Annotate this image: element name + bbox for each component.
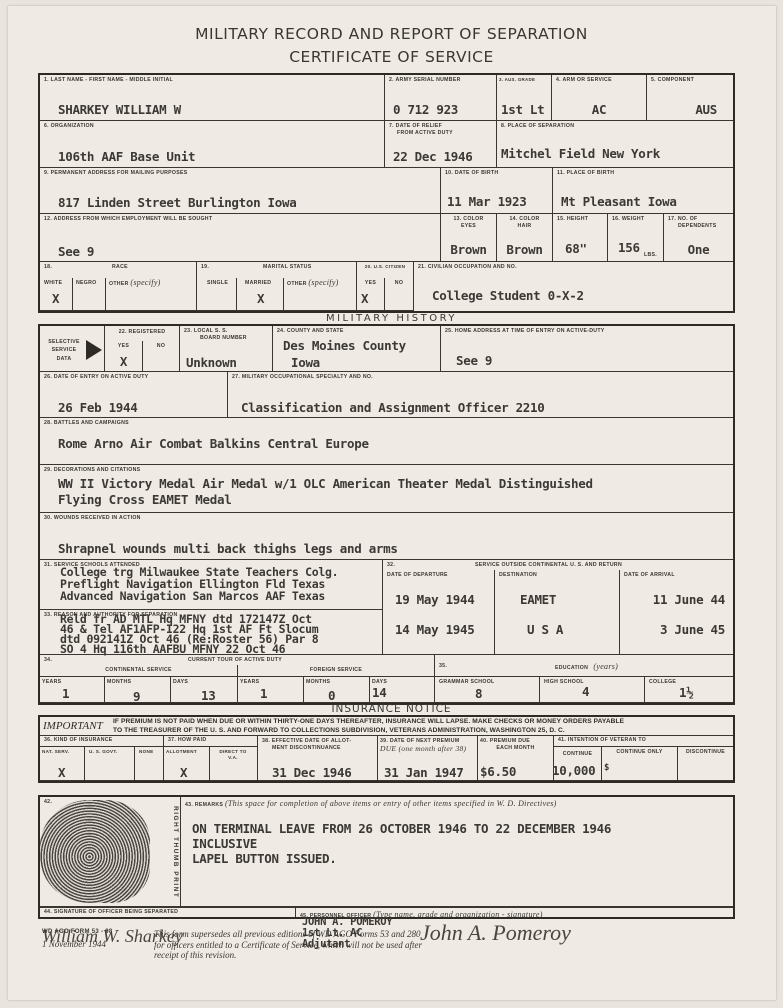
field-label: 32. xyxy=(387,562,395,569)
field-separation-place: 8. PLACE OF SEPARATION Mitchel Field New… xyxy=(497,121,733,168)
field-component: 5. COMPONENT AUS xyxy=(647,75,733,121)
separation-place-value: Mitchel Field New York xyxy=(501,146,660,161)
foreign-days-value: 14 xyxy=(372,685,386,700)
field-label: 40. PREMIUM DUE xyxy=(480,738,530,745)
field-wounds: 30. WOUNDS RECEIVED IN ACTION Shrapnel w… xyxy=(40,513,733,560)
eye-color-value: Brown xyxy=(441,242,496,257)
grammar-value: 8 xyxy=(475,686,482,701)
field-label: MONTHS xyxy=(107,679,131,686)
destination-2: U S A xyxy=(527,622,563,637)
field-label: CONTINUE ONLY xyxy=(602,749,677,756)
field-label: SERVICE OUTSIDE CONTINENTAL U. S. AND RE… xyxy=(475,562,622,569)
insurance-notice-line1: IF PREMIUM IS NOT PAID WHEN DUE OR WITHI… xyxy=(113,718,624,725)
field-label: NO xyxy=(385,280,413,287)
field-intention: 41. INTENTION OF VETERAN TO xyxy=(554,735,733,747)
height-value: 68" xyxy=(565,241,587,256)
next-premium-value: 31 Jan 1947 xyxy=(384,765,463,780)
thumbprint-image xyxy=(40,800,150,903)
continental-service-header: CONTINENTAL SERVICE xyxy=(40,665,238,677)
race-other-cell[interactable]: OTHER (specify) xyxy=(106,278,197,311)
nat-serv-check: X xyxy=(58,765,65,780)
continental-months-value: 9 xyxy=(133,689,140,704)
registered-yes-cell[interactable]: YES X xyxy=(105,341,143,372)
field-label: 18. xyxy=(44,264,52,271)
field-label: MARITAL STATUS xyxy=(263,264,311,271)
specialty-value: Classification and Assignment Officer 22… xyxy=(241,400,544,415)
field-label: NAT. SERV. xyxy=(42,749,69,755)
citizen-no-cell[interactable]: NO xyxy=(385,278,414,311)
officer-signature-area xyxy=(40,907,296,917)
departure-1: 19 May 1944 xyxy=(395,592,474,607)
field-eye-color: 13. COLOR EYES Brown xyxy=(441,214,497,262)
decorations-line2: Flying Cross EAMET Medal xyxy=(58,492,231,507)
field-label: 37. HOW PAID xyxy=(168,737,206,744)
field-battles: 28. BATTLES AND CAMPAIGNS Rome Arno Air … xyxy=(40,418,733,465)
foreign-days: DAYS 14 xyxy=(370,677,435,703)
field-label: U. S. GOVT. xyxy=(89,749,118,755)
field-label: 24. COUNTY AND STATE xyxy=(277,328,344,335)
important-label: IMPORTANT xyxy=(43,720,103,732)
form-date: 1 November 1944 xyxy=(42,939,106,949)
field-label: MARRIED xyxy=(245,280,271,287)
personnel-officer-signature: John A. Pomeroy xyxy=(420,920,571,946)
field-remarks: 43. REMARKS (This space for completion o… xyxy=(181,797,733,907)
field-grade: 3. AUS. GRADE 1st Lt xyxy=(497,75,552,121)
college-value: 1½ xyxy=(679,685,693,700)
field-label: 34. xyxy=(44,657,52,664)
field-label: 20. U.S. CITIZEN xyxy=(357,264,413,270)
field-label: 1. LAST NAME - FIRST NAME - MIDDLE INITI… xyxy=(44,77,173,84)
field-permanent-address: 9. PERMANENT ADDRESS FOR MAILING PURPOSE… xyxy=(40,168,441,214)
name-value: SHARKEY WILLIAM W xyxy=(58,102,181,117)
field-specialty: 27. MILITARY OCCUPATIONAL SPECIALTY AND … xyxy=(228,372,733,418)
field-label: HAIR xyxy=(497,223,552,230)
field-label: 25. HOME ADDRESS AT TIME OF ENTRY ON ACT… xyxy=(445,328,605,335)
field-height: 15. HEIGHT 68" xyxy=(553,214,608,262)
field-premium-due: 40. PREMIUM DUE EACH MONTH $6.50 xyxy=(478,735,554,781)
insurance-none[interactable]: NONE xyxy=(135,747,164,781)
field-insurance-kind: 36. KIND OF INSURANCE xyxy=(40,735,164,747)
field-label: 22. REGISTERED xyxy=(105,329,179,336)
home-address-entry-value: See 9 xyxy=(456,353,492,368)
field-label: EACH MONTH xyxy=(478,745,553,752)
intention-continue-only[interactable]: CONTINUE ONLY $ xyxy=(602,747,678,781)
document-subtitle: CERTIFICATE OF SERVICE xyxy=(0,48,783,66)
continue-value: 10,000 xyxy=(552,763,595,778)
field-label: 10. DATE OF BIRTH xyxy=(445,170,498,177)
field-label: BOARD NUMBER xyxy=(200,335,247,342)
continue-only-value: $ xyxy=(604,763,609,773)
field-label: 15. HEIGHT xyxy=(557,216,588,223)
field-education: 35. EDUCATION (years) xyxy=(435,655,733,677)
foreign-years: YEARS 1 xyxy=(238,677,304,703)
field-dependents: 17. NO. OF DEPENDENTS One xyxy=(664,214,733,262)
field-label: YEARS xyxy=(42,679,61,686)
continental-years-value: 1 xyxy=(62,686,69,701)
marital-other-cell[interactable]: OTHER (specify) xyxy=(284,278,357,311)
field-home-address-entry: 25. HOME ADDRESS AT TIME OF ENTRY ON ACT… xyxy=(441,326,733,372)
marital-married-check: X xyxy=(257,291,264,306)
field-label: DATE OF ARRIVAL xyxy=(624,572,675,579)
departure-2: 14 May 1945 xyxy=(395,622,474,637)
paid-direct-va[interactable]: DIRECT TO V.A. xyxy=(210,747,258,781)
field-label: OTHER (specify) xyxy=(287,278,339,288)
field-label: 14. COLOR xyxy=(497,216,552,223)
field-label: 12. ADDRESS FROM WHICH EMPLOYMENT WILL B… xyxy=(44,216,212,223)
field-label: 43. REMARKS (This space for completion o… xyxy=(185,799,557,809)
field-label: 30. WOUNDS RECEIVED IN ACTION xyxy=(44,515,141,522)
field-how-paid: 37. HOW PAID xyxy=(164,735,258,747)
field-label: 41. INTENTION OF VETERAN TO xyxy=(558,737,646,744)
civilian-occupation-value: College Student 0-X-2 xyxy=(432,288,584,303)
intention-continue[interactable]: CONTINUE 10,000 xyxy=(554,747,602,781)
continental-months: MONTHS 9 xyxy=(105,677,171,703)
field-label: 28. BATTLES AND CAMPAIGNS xyxy=(44,420,129,427)
race-negro-cell[interactable]: NEGRO xyxy=(73,278,106,311)
registered-yes-check: X xyxy=(105,354,142,369)
serial-value: 0 712 923 xyxy=(393,102,458,117)
component-value: AUS xyxy=(695,102,717,117)
field-label: 5. COMPONENT xyxy=(651,77,694,84)
overseas-departure-col: DATE OF DEPARTURE 19 May 1944 14 May 194… xyxy=(383,570,495,655)
foreign-years-value: 1 xyxy=(260,686,267,701)
paid-allotment[interactable]: ALLOTMENT X xyxy=(164,747,210,781)
field-label: 19. xyxy=(201,264,209,271)
arrow-right-icon xyxy=(86,340,102,360)
arm-value: AC xyxy=(552,102,646,117)
field-entry-date: 26. DATE OF ENTRY ON ACTIVE DUTY 26 Feb … xyxy=(40,372,228,418)
remarks-value: ON TERMINAL LEAVE FROM 26 OCTOBER 1946 T… xyxy=(192,821,611,866)
field-next-premium: 39. DATE OF NEXT PREMIUM DUE (one month … xyxy=(378,735,478,781)
field-label: 35. xyxy=(439,663,447,670)
citizen-yes-cell[interactable]: YES X xyxy=(357,278,385,311)
high-school-value: 4 xyxy=(582,684,589,699)
field-serial: 2. ARMY SERIAL NUMBER 0 712 923 xyxy=(385,75,497,121)
birth-place-value: Mt Pleasant Iowa xyxy=(561,194,677,209)
intention-discontinue[interactable]: DISCONTINUE xyxy=(678,747,733,781)
marital-single-cell[interactable]: SINGLE xyxy=(197,278,237,311)
field-label: CONTINENTAL SERVICE xyxy=(40,667,237,674)
field-name: 1. LAST NAME - FIRST NAME - MIDDLE INITI… xyxy=(40,75,385,121)
field-label: 17. NO. OF xyxy=(668,216,698,223)
field-label: OTHER (specify) xyxy=(109,278,161,288)
field-label: EYES xyxy=(441,223,496,230)
field-label: RACE xyxy=(112,264,128,271)
overseas-destination-col: DESTINATION EAMET U S A xyxy=(495,570,620,655)
overseas-arrival-col: DATE OF ARRIVAL 11 June 44 3 June 45 xyxy=(620,570,733,655)
education-college: COLLEGE 1½ xyxy=(645,677,733,703)
continental-years: YEARS 1 xyxy=(40,677,105,703)
field-label: CURRENT TOUR OF ACTIVE DUTY xyxy=(188,657,282,664)
field-label: DAYS xyxy=(173,679,188,686)
destination-1: EAMET xyxy=(520,592,556,607)
field-label: DIRECT TO V.A. xyxy=(214,749,252,760)
decorations-line1: WW II Victory Medal Air Medal w/1 OLC Am… xyxy=(58,476,593,491)
field-label: DUE (one month after 38) xyxy=(380,744,466,754)
foreign-service-header: FOREIGN SERVICE xyxy=(238,665,435,677)
supersedes-note: This form supersedes all previous editio… xyxy=(154,929,424,961)
field-label: 29. DECORATIONS AND CITATIONS xyxy=(44,467,140,474)
employment-address-value: See 9 xyxy=(58,244,94,259)
field-allotment-discontinuance: 38. EFFECTIVE DATE OF ALLOT- MENT DISCON… xyxy=(258,735,378,781)
premium-due-value: $6.50 xyxy=(480,764,516,779)
insurance-us-govt[interactable]: U. S. GOVT. xyxy=(85,747,135,781)
field-birth-date: 10. DATE OF BIRTH 11 Mar 1923 xyxy=(441,168,553,214)
arrival-1: 11 June 44 xyxy=(653,592,725,607)
field-county-state: 24. COUNTY AND STATE Des Moines County I… xyxy=(273,326,441,372)
form-id: WD AGO FORM 53 - 98 xyxy=(42,929,112,935)
field-birth-place: 11. PLACE OF BIRTH Mt Pleasant Iowa xyxy=(553,168,733,214)
field-label: YEARS xyxy=(240,679,259,686)
field-label: GRAMMAR SCHOOL xyxy=(439,679,495,686)
education-high: HIGH SCHOOL 4 xyxy=(540,677,645,703)
birth-date-value: 11 Mar 1923 xyxy=(447,194,526,209)
continental-days: DAYS 13 xyxy=(171,677,238,703)
field-employment-address: 12. ADDRESS FROM WHICH EMPLOYMENT WILL B… xyxy=(40,214,441,262)
right-thumb-print-label: RIGHT THUMB PRINT xyxy=(165,800,179,905)
permanent-address-value: 817 Linden Street Burlington Iowa xyxy=(58,195,296,210)
insurance-notice-line2: TO THE TREASURER OF THE U. S. AND FORWAR… xyxy=(113,727,565,734)
field-label: WHITE xyxy=(44,280,62,287)
education-grammar: GRAMMAR SCHOOL 8 xyxy=(435,677,540,703)
field-schools: 31. SERVICE SCHOOLS ATTENDED College trg… xyxy=(40,560,383,610)
field-weight: 16. WEIGHT 156 LBS. xyxy=(608,214,664,262)
grade-value: 1st Lt xyxy=(501,102,544,117)
field-arm: 4. ARM OR SERVICE AC xyxy=(552,75,647,121)
state-value: Iowa xyxy=(291,355,320,370)
race-white-cell[interactable]: WHITE X xyxy=(40,278,73,311)
field-board-number: 23. LOCAL S. S. BOARD NUMBER Unknown xyxy=(180,326,273,372)
field-label: 6. ORGANIZATION xyxy=(44,123,94,130)
dependents-value: One xyxy=(664,242,733,257)
field-label: 8. PLACE OF SEPARATION xyxy=(501,123,574,130)
entry-date-value: 26 Feb 1944 xyxy=(58,400,137,415)
field-label: 13. COLOR xyxy=(441,216,496,223)
weight-unit: LBS. xyxy=(644,252,657,259)
field-label: DATE OF DEPARTURE xyxy=(387,572,448,579)
field-label: 27. MILITARY OCCUPATIONAL SPECIALTY AND … xyxy=(232,374,373,381)
county-value: Des Moines County xyxy=(283,338,406,353)
document-title: MILITARY RECORD AND REPORT OF SEPARATION xyxy=(0,25,783,43)
field-label: NO xyxy=(143,343,179,350)
race-white-check: X xyxy=(52,291,59,306)
field-label: NONE xyxy=(139,749,153,755)
field-label: 9. PERMANENT ADDRESS FOR MAILING PURPOSE… xyxy=(44,170,188,177)
field-label: MONTHS xyxy=(306,679,330,686)
field-label: HIGH SCHOOL xyxy=(544,679,584,686)
field-label: COLLEGE xyxy=(649,679,676,686)
field-hair-color: 14. COLOR HAIR Brown xyxy=(497,214,553,262)
field-label: 23. LOCAL S. S. xyxy=(184,328,228,335)
field-label: DESTINATION xyxy=(499,572,537,579)
field-label: 21. CIVILIAN OCCUPATION AND NO. xyxy=(418,264,517,271)
field-label: 3. AUS. GRADE xyxy=(499,77,535,83)
field-label: SELECTIVE SERVICE DATA xyxy=(44,338,84,363)
battles-value: Rome Arno Air Combat Balkins Central Eur… xyxy=(58,436,369,451)
field-label: 26. DATE OF ENTRY ON ACTIVE DUTY xyxy=(44,374,148,381)
field-label: 38. EFFECTIVE DATE OF ALLOT- xyxy=(262,738,351,745)
weight-value: 156 xyxy=(618,240,640,255)
insurance-notice-heading: INSURANCE NOTICE xyxy=(0,703,783,715)
field-decorations: 29. DECORATIONS AND CITATIONS WW II Vict… xyxy=(40,465,733,513)
continental-days-value: 13 xyxy=(201,688,215,703)
foreign-months-value: 0 xyxy=(328,688,335,703)
board-number-value: Unknown xyxy=(186,355,237,370)
field-label: FROM ACTIVE DUTY xyxy=(397,130,453,137)
field-label: NEGRO xyxy=(76,280,97,287)
relief-date-value: 22 Dec 1946 xyxy=(393,149,472,164)
military-history-heading: MILITARY HISTORY xyxy=(0,313,783,324)
schools-value: College trg Milwaukee State Teachers Col… xyxy=(60,566,338,602)
wounds-value: Shrapnel wounds multi back thighs legs a… xyxy=(58,541,398,556)
field-separation-reason: 33. REASON AND AUTHORITY FOR SEPARATION … xyxy=(40,610,383,655)
field-label: SINGLE xyxy=(207,280,228,287)
field-label: CONTINUE xyxy=(554,751,601,758)
marital-married-cell[interactable]: MARRIED X xyxy=(237,278,284,311)
field-label: ALLOTMENT xyxy=(166,749,197,755)
field-label: YES xyxy=(105,343,142,350)
field-label: 7. DATE OF RELIEF xyxy=(389,123,442,130)
field-label: 4. ARM OR SERVICE xyxy=(556,77,612,84)
organization-value: 106th AAF Base Unit xyxy=(58,149,195,164)
insurance-nat-serv[interactable]: NAT. SERV. X xyxy=(40,747,85,781)
field-label: FOREIGN SERVICE xyxy=(238,667,434,674)
field-label: 2. ARMY SERIAL NUMBER xyxy=(389,77,461,84)
field-label: DISCONTINUE xyxy=(678,749,733,756)
registered-no-cell[interactable]: NO xyxy=(143,341,180,372)
hair-color-value: Brown xyxy=(497,242,552,257)
field-civilian-occupation: 21. CIVILIAN OCCUPATION AND NO. College … xyxy=(414,262,733,311)
allotment-check: X xyxy=(180,765,187,780)
field-label: MENT DISCONTINUANCE xyxy=(272,745,341,752)
field-label: EDUCATION (years) xyxy=(555,662,618,672)
field-relief-date: 7. DATE OF RELIEF FROM ACTIVE DUTY 22 De… xyxy=(385,121,497,168)
field-label: DEPENDENTS xyxy=(678,223,716,230)
field-label: 16. WEIGHT xyxy=(612,216,644,223)
arrival-2: 3 June 45 xyxy=(660,622,725,637)
field-label: 42. xyxy=(44,799,52,806)
selective-service-label-cell: SELECTIVE SERVICE DATA xyxy=(40,326,105,372)
separation-reason-value: Reld fr AD MTL Hq MFNY dtd 172147Z Oct 4… xyxy=(60,614,318,654)
field-label: 36. KIND OF INSURANCE xyxy=(44,737,113,744)
field-label: YES xyxy=(357,280,384,287)
foreign-months: MONTHS 0 xyxy=(304,677,370,703)
allotment-discontinuance-value: 31 Dec 1946 xyxy=(272,765,351,780)
field-label: 11. PLACE OF BIRTH xyxy=(557,170,614,177)
citizen-yes-check: X xyxy=(361,291,368,306)
field-organization: 6. ORGANIZATION 106th AAF Base Unit xyxy=(40,121,385,168)
